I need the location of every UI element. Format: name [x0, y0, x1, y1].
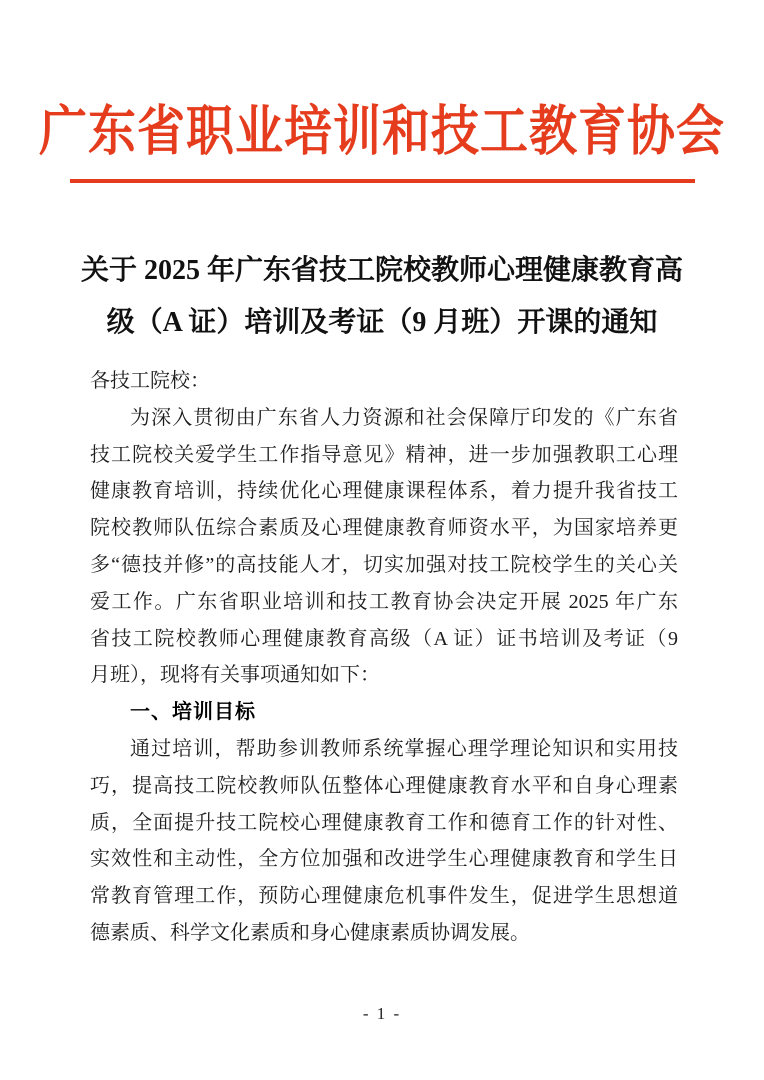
body-line: 爱工作。广东省职业培训和技工教育协会决定开展 2025 年广东 — [90, 584, 678, 621]
body-line: 德素质、科学文化素质和身心健康素质协调发展。 — [90, 915, 678, 952]
body-line: 院校教师队伍综合素质及心理健康教育师资水平，为国家培养更 — [90, 510, 678, 547]
body-line: 通过培训，帮助参训教师系统掌握心理学理论知识和实用技 — [90, 731, 678, 768]
header-divider-line — [70, 179, 695, 183]
body-line: 常教育管理工作，预防心理健康危机事件发生，促进学生思想道 — [90, 878, 678, 915]
body-line: 为深入贯彻由广东省人力资源和社会保障厅印发的《广东省 — [90, 400, 678, 437]
document-title: 关于 2025 年广东省技工院校教师心理健康教育高 级（A 证）培训及考证（9 … — [0, 245, 764, 349]
body-line: 健康教育培训，持续优化心理健康课程体系，着力提升我省技工 — [90, 473, 678, 510]
body-line-salutation: 各技工院校： — [90, 363, 678, 400]
organization-name: 广东省职业培训和技工教育协会 — [39, 88, 725, 165]
document-body: 各技工院校： 为深入贯彻由广东省人力资源和社会保障厅印发的《广东省 技工院校关爱… — [90, 363, 678, 952]
body-line: 多“德技并修”的高技能人才，切实加强对技工院校学生的关心关 — [90, 547, 678, 584]
document-title-line-2: 级（A 证）培训及考证（9 月班）开课的通知 — [0, 297, 764, 349]
body-line: 质，全面提升技工院校心理健康教育工作和德育工作的针对性、 — [90, 805, 678, 842]
body-line: 实效性和主动性，全方位加强和改进学生心理健康教育和学生日 — [90, 841, 678, 878]
body-line: 巧，提高技工院校教师队伍整体心理健康教育水平和自身心理素 — [90, 768, 678, 805]
document-title-line-1: 关于 2025 年广东省技工院校教师心理健康教育高 — [0, 245, 764, 297]
document-page: 广东省职业培训和技工教育协会 关于 2025 年广东省技工院校教师心理健康教育高… — [0, 0, 764, 1080]
body-line: 技工院校关爱学生工作指导意见》精神，进一步加强教职工心理 — [90, 437, 678, 474]
body-line: 月班），现将有关事项通知如下： — [90, 657, 678, 694]
organization-header: 广东省职业培训和技工教育协会 — [0, 0, 764, 183]
section-heading-training-goal: 一、培训目标 — [90, 694, 678, 731]
page-number: - 1 - — [0, 1004, 764, 1024]
body-line: 省技工院校教师心理健康教育高级（A 证）证书培训及考证（9 — [90, 621, 678, 658]
